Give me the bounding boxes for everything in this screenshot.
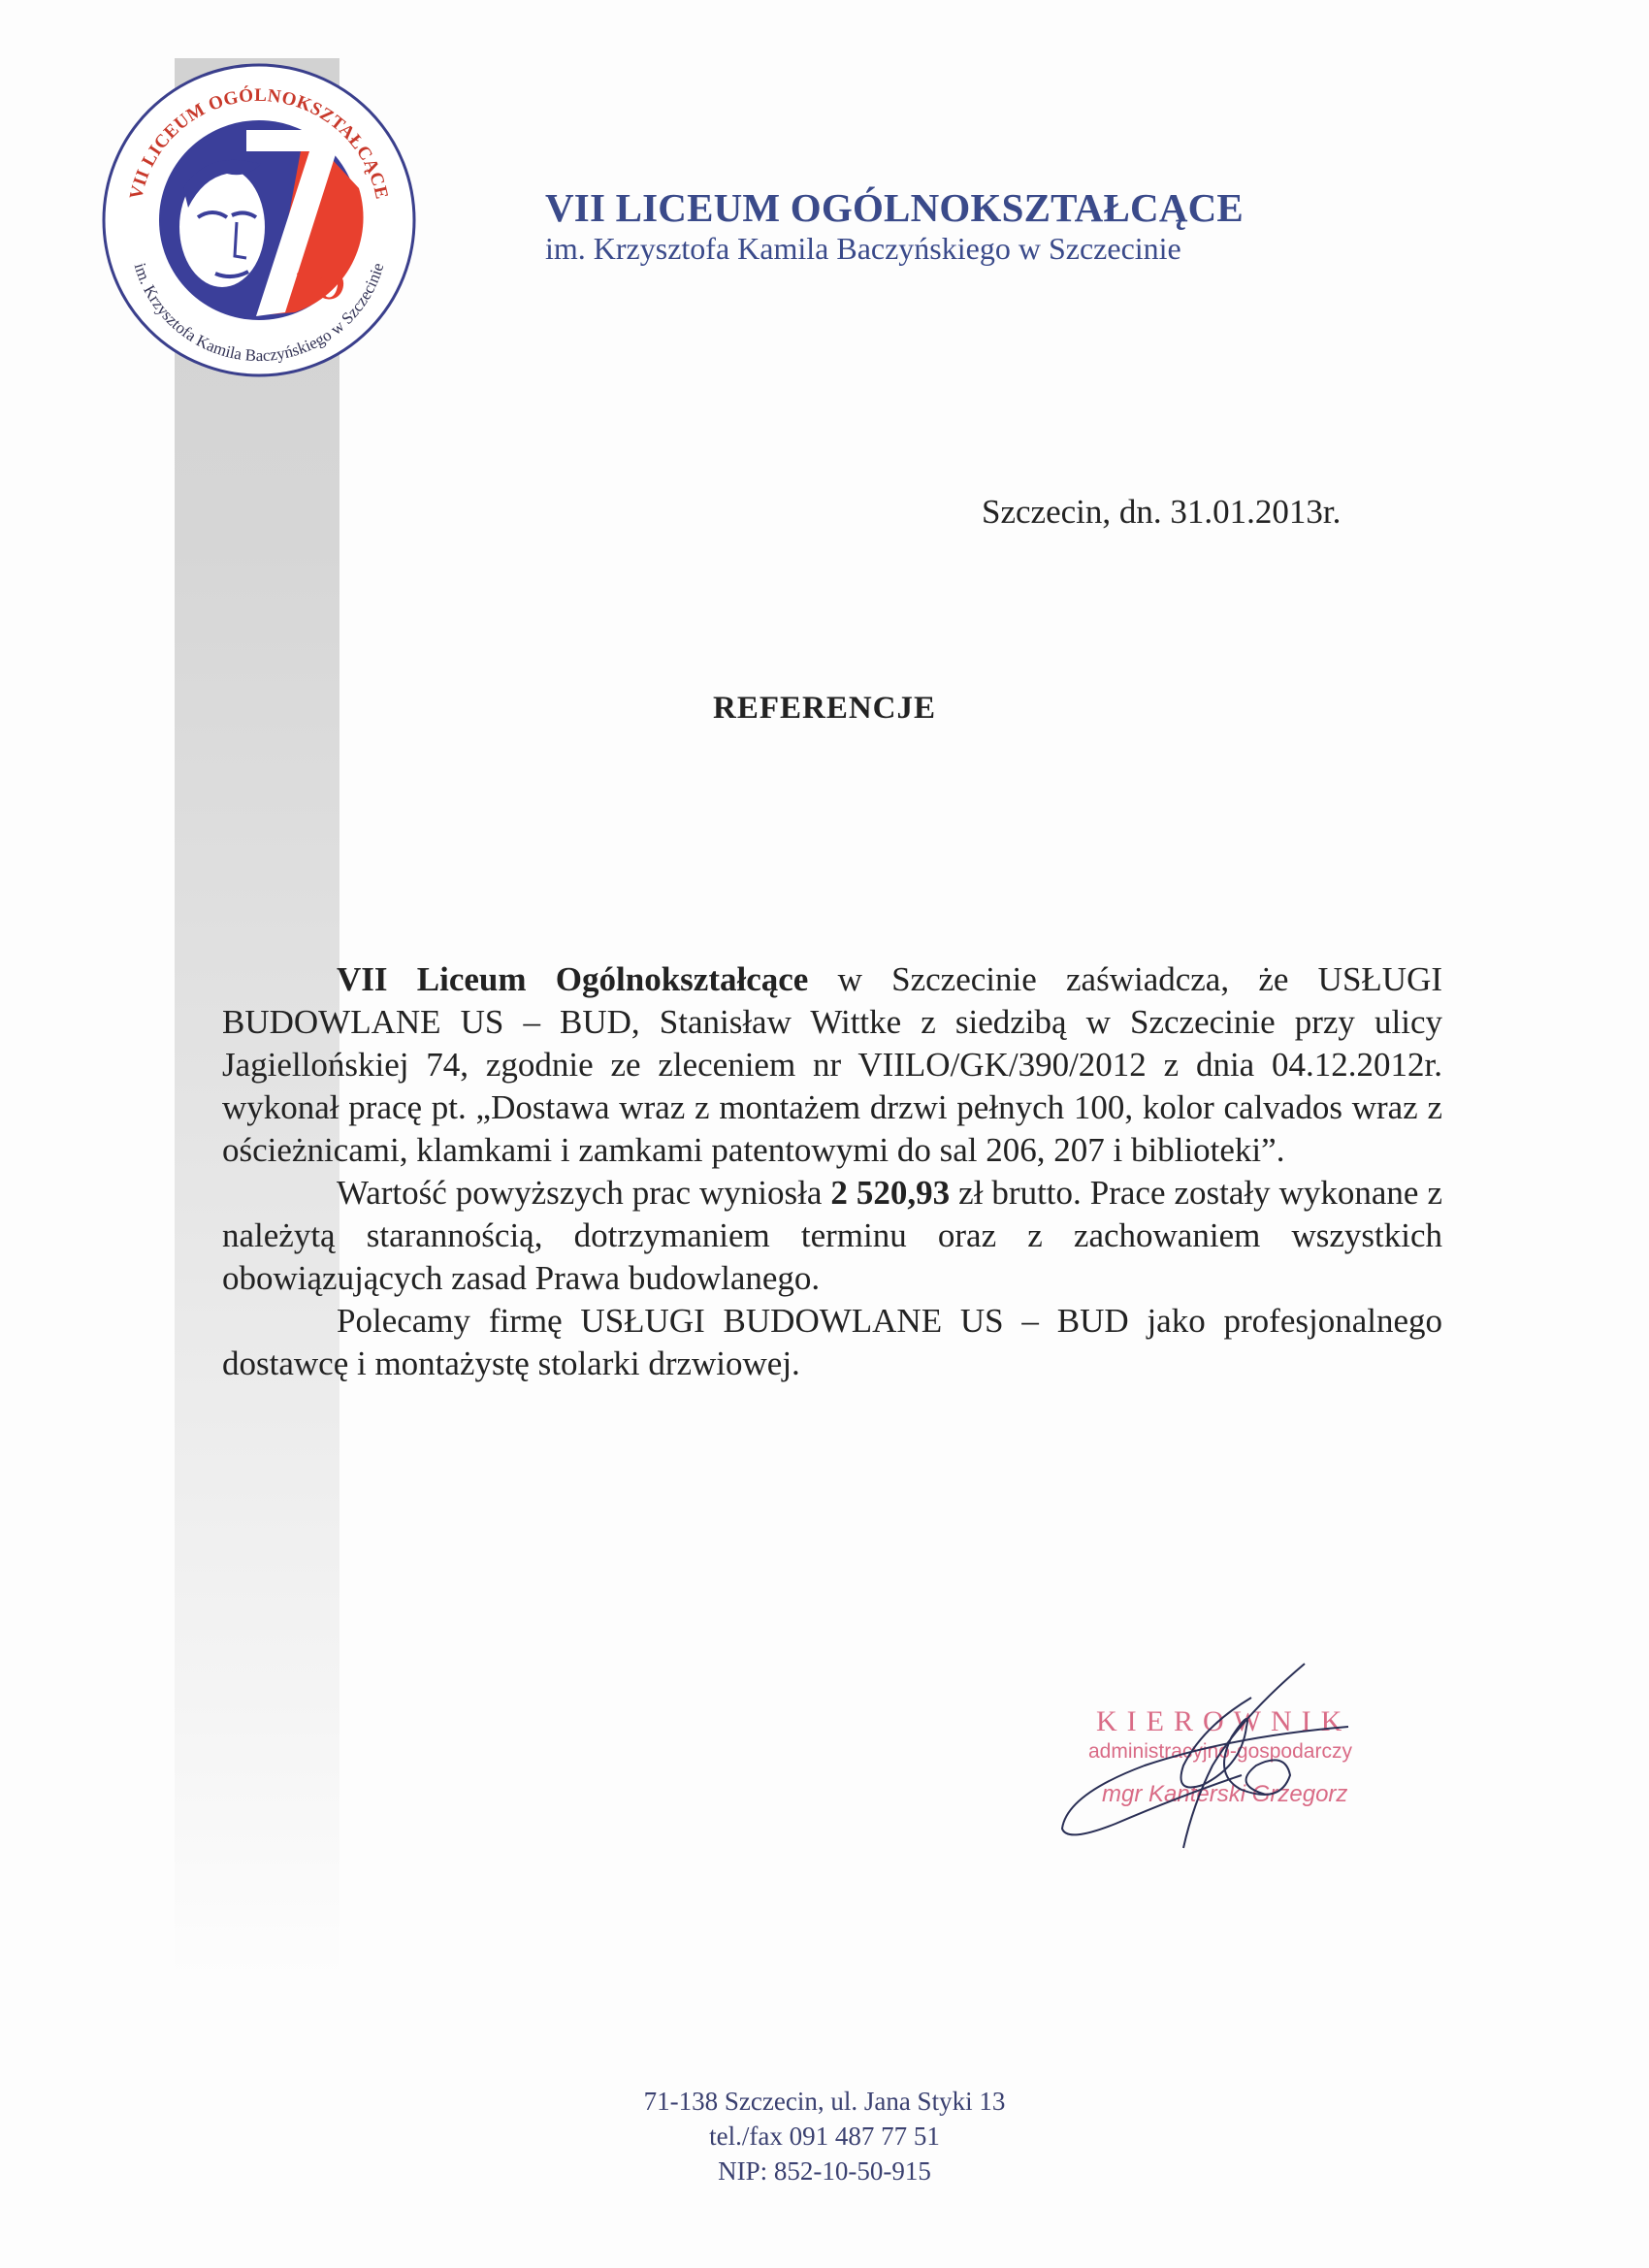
- letterhead-subtitle: im. Krzysztofa Kamila Baczyńskiego w Szc…: [545, 231, 1321, 267]
- stamp-name: mgr Kanterski Grzegorz: [1102, 1781, 1347, 1808]
- document-title: REFERENCJE: [0, 691, 1649, 727]
- letterhead-title: VII LICEUM OGÓLNOKSZTAŁCĄCE: [545, 184, 1321, 231]
- stamp-position: administracyjno-gospodarczy: [1088, 1740, 1352, 1764]
- letter-body: VII Liceum Ogólnokształcące w Szczecinie…: [222, 958, 1442, 1385]
- official-stamp: KIEROWNIK administracyjno-gospodarczy mg…: [1057, 1688, 1406, 1843]
- footer-nip: NIP: 852-10-50-915: [0, 2154, 1649, 2188]
- school-logo: LO VII LICEUM OGÓLNOKSZTAŁCĄCE im. Krzys…: [101, 62, 417, 378]
- paragraph-certification: VII Liceum Ogólnokształcące w Szczecinie…: [222, 958, 1442, 1172]
- logo-monogram: LO: [292, 264, 344, 308]
- stamp-title: KIEROWNIK: [1096, 1705, 1351, 1738]
- amount-value: 2 520,93: [830, 1174, 950, 1212]
- paragraph-value: Wartość powyższych prac wyniosła 2 520,9…: [222, 1172, 1442, 1300]
- letter-footer: 71-138 Szczecin, ul. Jana Styki 13 tel./…: [0, 2084, 1649, 2188]
- footer-phone: tel./fax 091 487 77 51: [0, 2119, 1649, 2154]
- footer-address: 71-138 Szczecin, ul. Jana Styki 13: [0, 2084, 1649, 2119]
- paragraph-value-text-before: Wartość powyższych prac wyniosła: [337, 1174, 830, 1212]
- date-line: Szczecin, dn. 31.01.2013r.: [982, 493, 1341, 532]
- school-name-bold: VII Liceum Ogólnokształcące: [337, 960, 808, 998]
- paragraph-recommendation: Polecamy firmę USŁUGI BUDOWLANE US – BUD…: [222, 1300, 1442, 1385]
